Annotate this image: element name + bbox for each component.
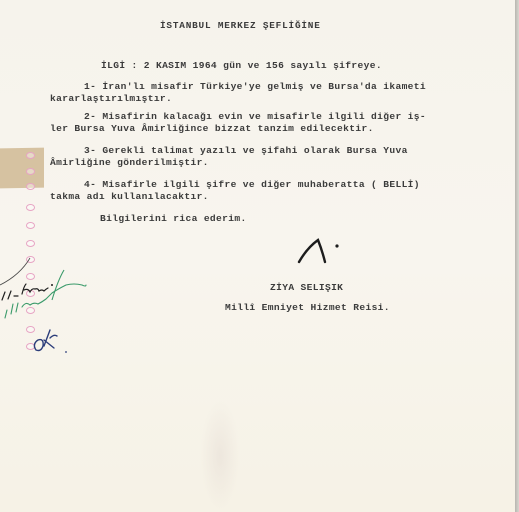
document-page: İSTANBUL MERKEZ ŞEFLİĞİNE İLGİ : 2 KASIM… [0,0,515,512]
signature-icon [299,240,325,262]
handwritten-marks [0,0,515,512]
page-edge [515,0,519,512]
